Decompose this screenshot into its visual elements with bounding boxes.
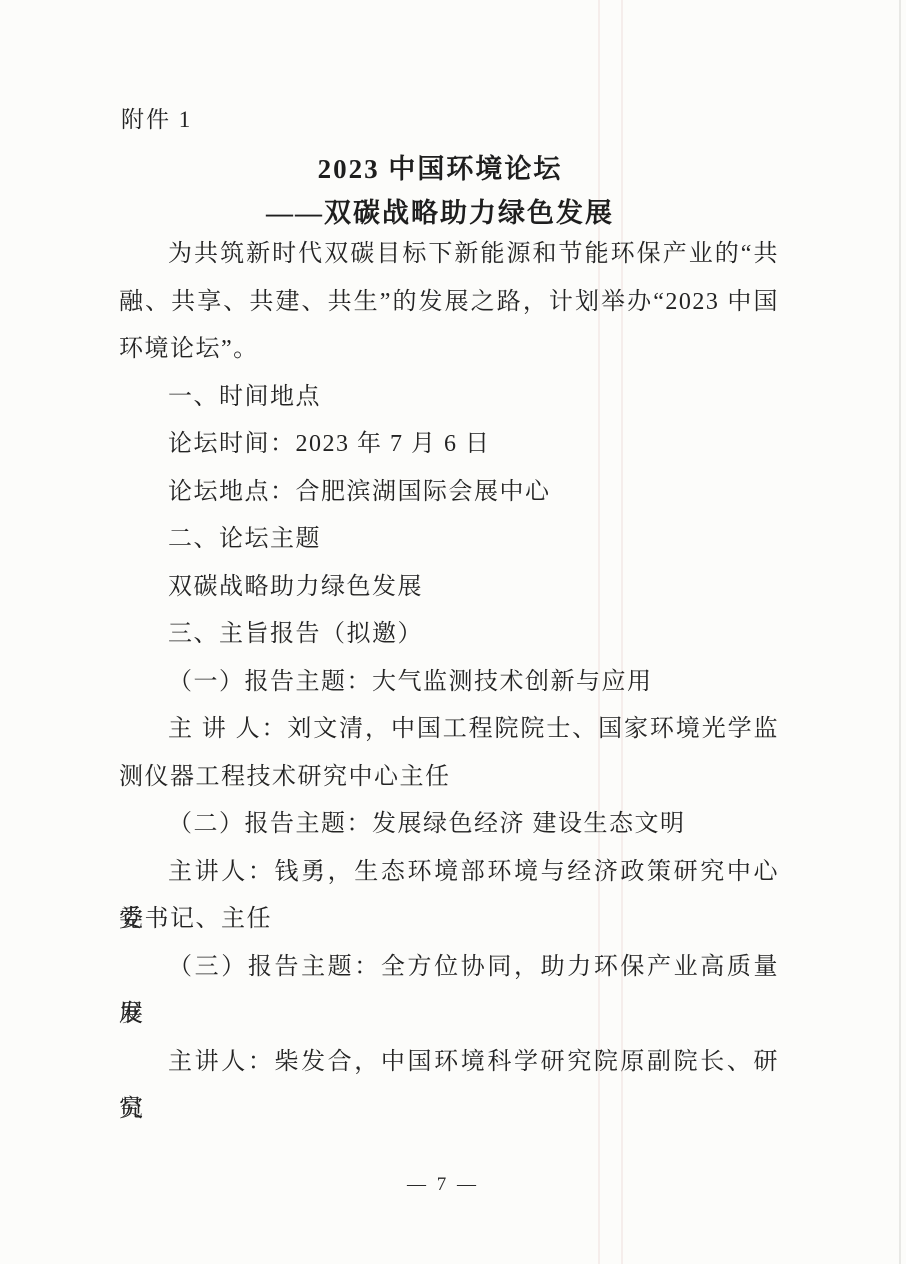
document-body: 为共筑新时代双碳目标下新能源和节能环保产业的“共融、共享、共建、共生”的发展之路… bbox=[119, 231, 779, 1134]
document-subtitle: ——双碳战略助力绿色发展 bbox=[0, 191, 880, 230]
document-line: （二）报告主题：发展绿色经济 建设生态文明 bbox=[119, 801, 779, 849]
document-line: 展 bbox=[119, 991, 779, 1039]
page-number: — 7 — bbox=[0, 1174, 886, 1196]
document-line: 主 讲 人：刘文清，中国工程院院士、国家环境光学监 bbox=[119, 706, 779, 754]
document-line: 融、共享、共建、共生”的发展之路，计划举办“2023 中国 bbox=[119, 279, 779, 327]
document-line: 双碳战略助力绿色发展 bbox=[119, 564, 779, 612]
document-line: 测仪器工程技术研究中心主任 bbox=[119, 754, 779, 802]
document-line: 论坛时间：2023 年 7 月 6 日 bbox=[119, 421, 779, 469]
document-line: 论坛地点：合肥滨湖国际会展中心 bbox=[119, 469, 779, 517]
document-line: 二、论坛主题 bbox=[119, 516, 779, 564]
paper-edge-line bbox=[899, 0, 901, 1280]
document-line: 一、时间地点 bbox=[119, 374, 779, 422]
document-line: 主讲人：钱勇，生态环境部环境与经济政策研究中心党 bbox=[119, 849, 779, 897]
document-line: 三、主旨报告（拟邀） bbox=[119, 611, 779, 659]
document-title: 2023 中国环境论坛 bbox=[0, 147, 880, 186]
document-line: （三）报告主题：全方位协同，助力环保产业高质量发 bbox=[119, 944, 779, 992]
document-page: 附件 1 2023 中国环境论坛 ——双碳战略助力绿色发展 为共筑新时代双碳目标… bbox=[0, 0, 906, 1280]
scan-bottom-edge bbox=[0, 1264, 906, 1280]
document-line: （一）报告主题：大气监测技术创新与应用 bbox=[119, 659, 779, 707]
attachment-label: 附件 1 bbox=[121, 101, 192, 134]
document-line: 为共筑新时代双碳目标下新能源和节能环保产业的“共 bbox=[119, 231, 779, 279]
document-line: 委书记、主任 bbox=[119, 896, 779, 944]
document-line: 主讲人：柴发合，中国环境科学研究院原副院长、研究 bbox=[119, 1039, 779, 1087]
document-line: 环境论坛”。 bbox=[119, 326, 779, 374]
document-line: 员 bbox=[119, 1086, 779, 1134]
